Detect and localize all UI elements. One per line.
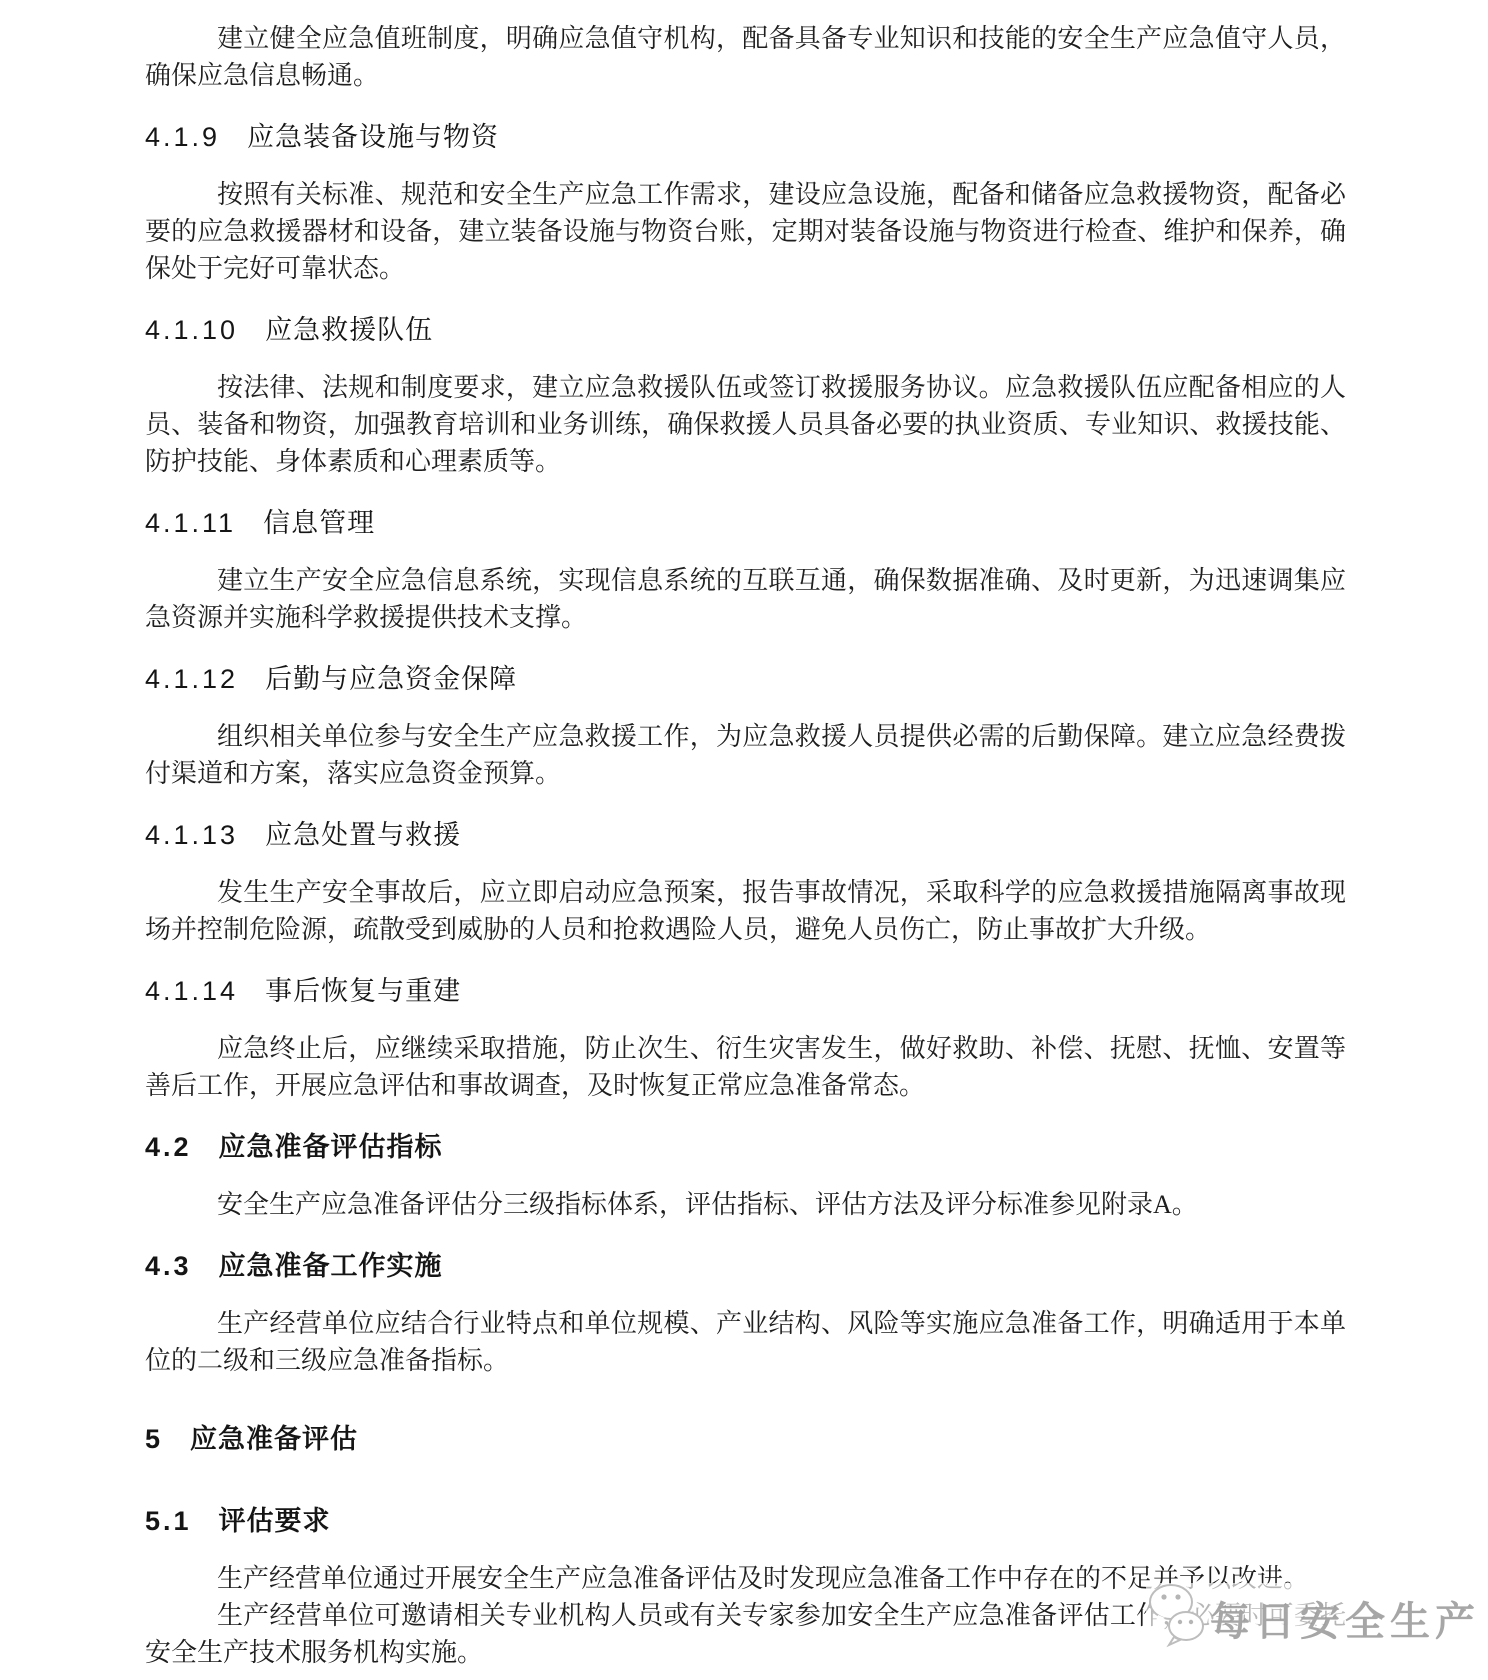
paragraph-evaluation-requirement-2: 生产经营单位可邀请相关专业机构人员或有关专家参加安全生产应急准备评估工作，必要时… (145, 1597, 1346, 1671)
heading-number: 4.1.14 (145, 973, 238, 1010)
heading-number: 4.3 (145, 1248, 192, 1285)
heading-4-2: 4.2应急准备评估指标 (145, 1129, 1346, 1166)
heading-number: 4.1.12 (145, 661, 238, 698)
heading-number: 4.1.10 (145, 312, 238, 349)
heading-number: 4.1.9 (145, 119, 220, 156)
document-page: 建立健全应急值班制度，明确应急值守机构，配备具备专业知识和技能的安全生产应急值守… (0, 0, 1488, 1680)
heading-title: 应急准备评估 (190, 1424, 358, 1454)
paragraph-response-rescue: 发生生产安全事故后，应立即启动应急预案，报告事故情况，采取科学的应急救援措施隔离… (145, 874, 1346, 948)
heading-title: 事后恢复与重建 (265, 976, 461, 1006)
heading-4-1-12: 4.1.12后勤与应急资金保障 (145, 661, 1346, 698)
paragraph-evaluation-index: 安全生产应急准备评估分三级指标体系，评估指标、评估方法及评分标准参见附录A。 (145, 1186, 1346, 1223)
heading-5: 5应急准备评估 (145, 1421, 1346, 1458)
paragraph-information-management: 建立生产安全应急信息系统，实现信息系统的互联互通，确保数据准确、及时更新，为迅速… (145, 562, 1346, 636)
paragraph-implementation: 生产经营单位应结合行业特点和单位规模、产业结构、风险等实施应急准备工作，明确适用… (145, 1305, 1346, 1379)
heading-title: 信息管理 (263, 508, 375, 538)
heading-title: 应急准备工作实施 (219, 1251, 443, 1281)
paragraph-rescue-team: 按法律、法规和制度要求，建立应急救援队伍或签订救援服务协议。应急救援队伍应配备相… (145, 369, 1346, 480)
heading-number: 4.1.13 (145, 817, 238, 854)
paragraph-duty-system: 建立健全应急值班制度，明确应急值守机构，配备具备专业知识和技能的安全生产应急值守… (145, 20, 1346, 94)
paragraph-equipment-supplies: 按照有关标准、规范和安全生产应急工作需求，建设应急设施，配备和储备应急救援物资，… (145, 176, 1346, 287)
heading-title: 应急处置与救援 (265, 820, 461, 850)
heading-number: 4.1.11 (145, 505, 236, 542)
paragraph-evaluation-requirement-1: 生产经营单位通过开展安全生产应急准备评估及时发现应急准备工作中存在的不足并予以改… (145, 1560, 1346, 1597)
heading-title: 后勤与应急资金保障 (265, 664, 517, 694)
heading-number: 4.2 (145, 1129, 192, 1166)
heading-title: 应急救援队伍 (265, 315, 433, 345)
heading-5-1: 5.1评估要求 (145, 1503, 1346, 1540)
paragraph-logistics-funding: 组织相关单位参与安全生产应急救援工作，为应急救援人员提供必需的后勤保障。建立应急… (145, 718, 1346, 792)
paragraph-recovery-rebuild: 应急终止后，应继续采取措施，防止次生、衍生灾害发生，做好救助、补偿、抚慰、抚恤、… (145, 1030, 1346, 1104)
heading-4-1-9: 4.1.9应急装备设施与物资 (145, 119, 1346, 156)
heading-4-3: 4.3应急准备工作实施 (145, 1248, 1346, 1285)
heading-4-1-11: 4.1.11信息管理 (145, 505, 1346, 542)
heading-number: 5 (145, 1421, 163, 1458)
heading-number: 5.1 (145, 1503, 192, 1540)
heading-4-1-13: 4.1.13应急处置与救援 (145, 817, 1346, 854)
heading-title: 应急装备设施与物资 (247, 122, 499, 152)
heading-4-1-10: 4.1.10应急救援队伍 (145, 312, 1346, 349)
heading-title: 应急准备评估指标 (219, 1132, 443, 1162)
heading-4-1-14: 4.1.14事后恢复与重建 (145, 973, 1346, 1010)
heading-title: 评估要求 (219, 1506, 331, 1536)
